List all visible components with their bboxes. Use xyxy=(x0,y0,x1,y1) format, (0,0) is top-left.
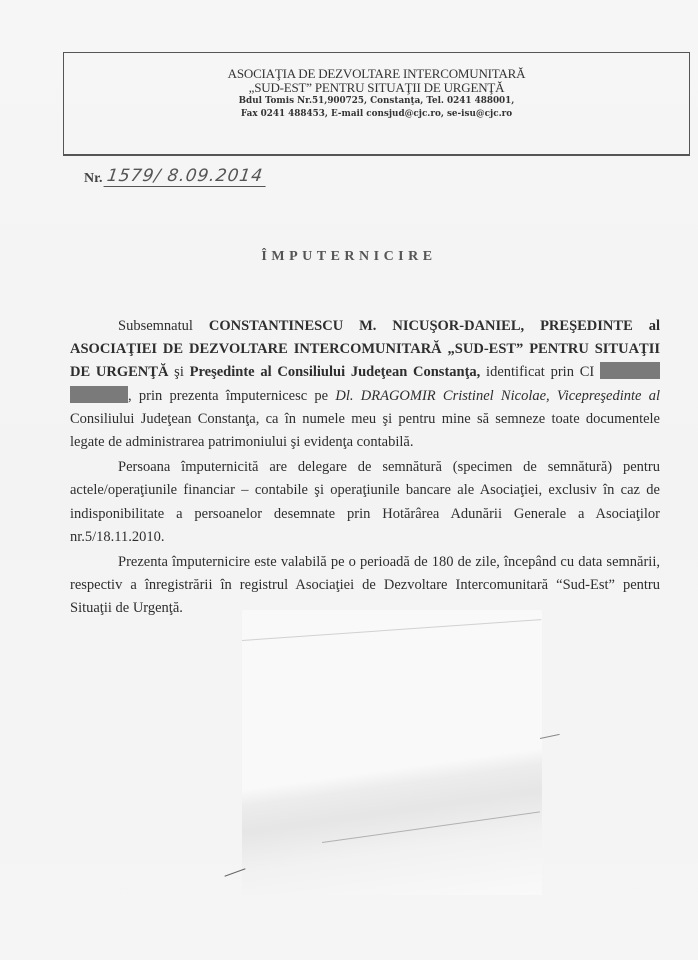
registration-number: Nr. 1579/ 8.09.2014 xyxy=(84,166,266,187)
document-title: ÎMPUTERNICIRE xyxy=(0,249,698,265)
redacted-id-block xyxy=(600,362,660,379)
org-address-line2: Fax 0241 488453, E-mail consjud@cjc.ro, … xyxy=(64,108,689,121)
paragraph-mandate: Subsemnatul CONSTANTINESCU M. NICUŞOR-DA… xyxy=(70,315,660,454)
document-body: Subsemnatul CONSTANTINESCU M. NICUŞOR-DA… xyxy=(70,315,660,621)
redacted-id-block-2 xyxy=(70,386,128,403)
scanned-document-page: ASOCIAŢIA DE DEZVOLTARE INTERCOMUNITARĂ … xyxy=(0,0,698,960)
registration-value-handwritten: 1579/ 8.09.2014 xyxy=(103,166,268,187)
blurred-signature-area xyxy=(242,610,542,895)
letterhead-box: ASOCIAŢIA DE DEZVOLTARE INTERCOMUNITARĂ … xyxy=(63,52,690,156)
paragraph-signature-delegation: Persoana împuternicită are delegare de s… xyxy=(70,456,660,549)
grantor-role: Preşedinte al Consiliului Judeţean Const… xyxy=(190,364,481,380)
org-name-line1: ASOCIAŢIA DE DEZVOLTARE INTERCOMUNITARĂ xyxy=(64,67,689,81)
registration-label: Nr. xyxy=(84,171,103,187)
org-address-line1: Bdul Tomis Nr.51,900725, Constanţa, Tel.… xyxy=(64,95,689,108)
org-name-line2: „SUD-EST” PENTRU SITUAŢII DE URGENŢĂ xyxy=(64,81,689,95)
signature-stroke xyxy=(322,811,540,843)
signature-stroke-tail xyxy=(540,734,560,739)
delegate-name: Dl. DRAGOMIR Cristinel Nicolae, Vicepreş… xyxy=(335,388,660,404)
signature-stroke xyxy=(242,619,541,641)
